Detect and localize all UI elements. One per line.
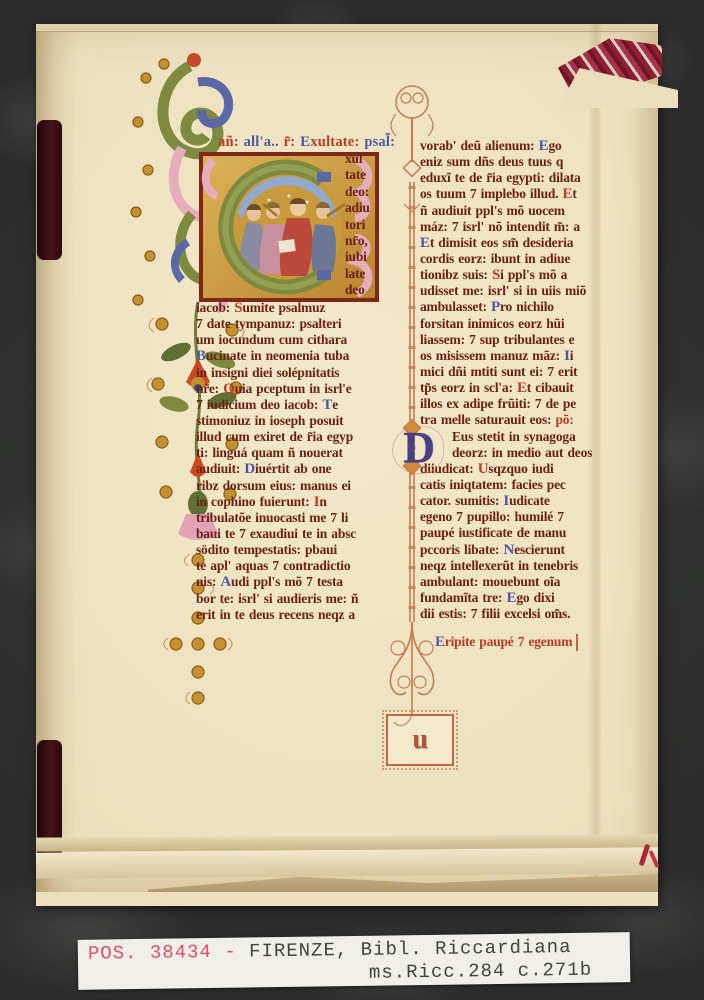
text-line: in insigni diei solépnitatis	[196, 365, 401, 381]
text-line: baui te 7 exaudiui te in absc	[196, 526, 401, 542]
text-line: erit in te deus recens neqz a	[196, 607, 401, 623]
text-line: cator. sumitis: Iudicate	[420, 493, 625, 509]
text-line: fundamĩta tre: Ego dixi	[420, 590, 625, 606]
text-line: ambulasset: Pro nichilo	[420, 299, 625, 315]
text-line: nr̃e: Quia pceptum in isrl'e	[196, 381, 401, 397]
text-line: nr̃o,	[345, 233, 370, 249]
caption-label: POS. 38434 - FIRENZE, Bibl. Riccardiana …	[78, 932, 631, 990]
text-line: máz: 7 isrl' nõ intendit m̃: a	[420, 219, 625, 235]
text-line: stimoniuz in ioseph posuit	[196, 413, 401, 429]
text-line: os tuum 7 implebo illud. Et	[420, 186, 625, 202]
text-line: eduxĩ te de r̃ia egypti: dilata	[420, 170, 625, 186]
text-line: in cophino fuierunt: In	[196, 494, 401, 510]
text-line: 7 date tympanuz: psalteri	[196, 316, 401, 332]
text-line: tra melle saturauit eos: põ:	[420, 412, 625, 428]
text-line: deorz: in medio aut deos	[420, 445, 625, 461]
right-text-column: vorab' deũ alienum: Egoeniz sum dñs deus…	[420, 138, 625, 622]
caption-pos-number: POS. 38434	[88, 941, 212, 965]
text-line: late	[345, 266, 370, 282]
text-line: iacob: Sumite psalmuz	[196, 300, 401, 316]
left-text-column: iacob: Sumite psalmuz7 date tympanuz: ps…	[196, 300, 401, 623]
text-line: ambulant: mouebunt oĩa	[420, 574, 625, 590]
thread-fragments	[638, 842, 668, 876]
text-line: 7 iudicium deo iacob: Te	[196, 397, 401, 413]
rubric-heading: añ: all'a.. r̃: Exultate: psal̃:	[218, 134, 395, 151]
text-line: mici dñi mtiti sunt ei: 7 erit	[420, 364, 625, 380]
text-line: ñ audiuit ppl's mõ uocem	[420, 203, 625, 219]
text-line: audiuit: Diuértit ab one	[196, 461, 401, 477]
text-line: paupé iustificate de manu	[420, 525, 625, 541]
versicle-line: Eripite paupé 7 egenum	[435, 634, 578, 651]
text-line: ti: linguá quam ñ nouerat	[196, 445, 401, 461]
text-line: ribz dorsum eius: manus ei	[196, 478, 401, 494]
text-line: neqz intellexerũt in tenebris	[420, 558, 625, 574]
text-line: xul	[345, 151, 370, 167]
text-line: iubi	[345, 249, 370, 265]
text-line: catis iniqtatem: facies pec	[420, 477, 625, 493]
text-line: tate	[345, 167, 370, 183]
text-line: te apl' aquas 7 contradictio	[196, 558, 401, 574]
text-line: tori	[345, 217, 370, 233]
text-line: Eus stetit in synagoga	[420, 429, 625, 445]
text-line: eniz sum dñs deus tuus q	[420, 154, 625, 170]
text-line: deo:	[345, 184, 370, 200]
caption-dash: -	[212, 940, 250, 963]
text-line: deo	[345, 282, 370, 298]
caption-location: FIRENZE, Bibl. Riccardiana	[249, 936, 572, 963]
text-line: adiu	[345, 200, 370, 216]
text-line: tionibz suis: Si ppl's mõ a	[420, 267, 625, 283]
catchword-box: u	[386, 714, 454, 766]
text-line: vorab' deũ alienum: Ego	[420, 138, 625, 154]
text-line: nis: Audi ppl's mõ 7 testa	[196, 574, 401, 590]
text-line: dii estis: 7 filii excelsi om̃s.	[420, 606, 625, 622]
text-line: pccoris libate: Nescierunt	[420, 542, 625, 558]
text-line: södito tempestatis: pbaui	[196, 542, 401, 558]
text-line: os misissem manuz mãz: Ii	[420, 348, 625, 364]
text-line: bor te: isrl' si audieris me: ñ	[196, 591, 401, 607]
text-line: liassem: 7 sup tribulantes e	[420, 332, 625, 348]
text-line: Et dimisit eos sm̃ desideria	[420, 235, 625, 251]
text-line: tribulatõe inuocasti me 7 li	[196, 510, 401, 526]
text-line: udisset me: isrl' si in uiis miõ	[420, 283, 625, 299]
text-line: diiudicat: Usqzquo iudi	[420, 461, 625, 477]
initial-side-text: xultatedeo:adiutorinr̃o,iubilatedeo	[345, 151, 370, 299]
manuscript-page: añ: all'a.. r̃: Exultate: psal̃:	[36, 24, 658, 906]
text-line: Bucinate in neomenia tuba	[196, 348, 401, 364]
text-line: tp̃s eorz in scl'a: Et cibauit	[420, 380, 625, 396]
text-line: egeno 7 pupillo: humilé 7	[420, 509, 625, 525]
catchword-letter: u	[412, 724, 427, 756]
text-line: um iocundum cum cithara	[196, 332, 401, 348]
initial-D: D	[396, 424, 442, 474]
text-line: forsitan inimicos eorz hũi	[420, 316, 625, 332]
manuscript-photo: añ: all'a.. r̃: Exultate: psal̃:	[36, 24, 658, 906]
photograph-mount-background: { "caption": { "pos_number": "POS. 38434…	[0, 0, 704, 1000]
text-line: illud cum exiret de r̃ia egyp	[196, 429, 401, 445]
text-line: illos ex adipe frũiti: 7 de pe	[420, 396, 625, 412]
text-line: cordis eorz: ibunt in adiue	[420, 251, 625, 267]
